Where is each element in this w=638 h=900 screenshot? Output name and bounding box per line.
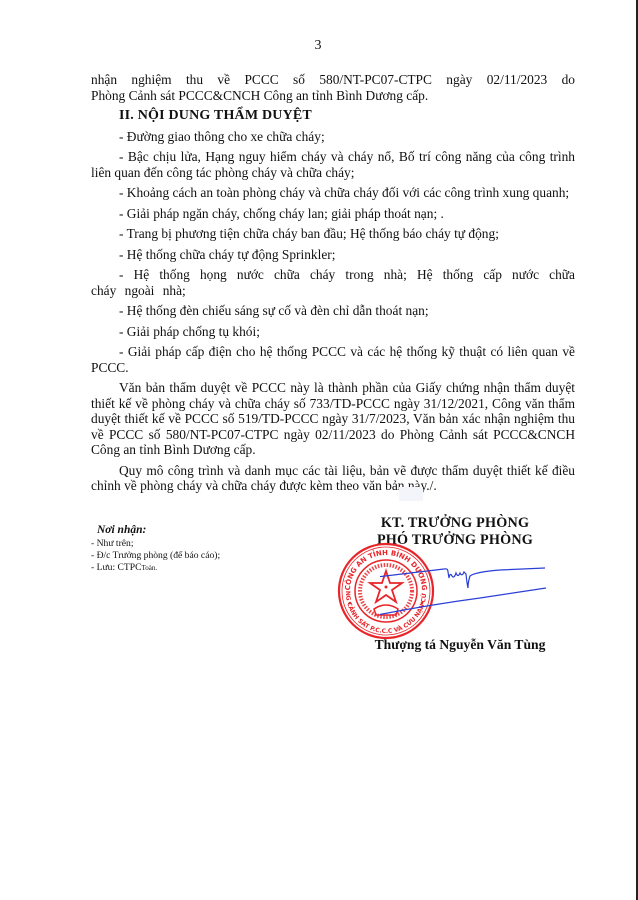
handwritten-signature-icon	[380, 556, 580, 626]
page-number: 3	[0, 38, 636, 54]
content-item: - Bậc chịu lửa, Hạng nguy hiểm cháy và c…	[91, 149, 575, 180]
recipients-title: Nơi nhận:	[97, 524, 220, 536]
recipient-item: - Lưu: CTPCToàn.	[91, 562, 220, 574]
recipient-item: - Đ/c Trưởng phòng (để báo cáo);	[91, 550, 220, 562]
approval-paragraph: Văn bản thẩm duyệt về PCCC này là thành …	[91, 380, 575, 458]
scope-paragraph: Quy mô công trình và danh mục các tài li…	[91, 463, 575, 494]
content-item: - Giải pháp chống tụ khói;	[91, 324, 575, 340]
intro-line-2: Phòng Cảnh sát PCCC&CNCH Công an tỉnh Bì…	[91, 88, 575, 104]
content-item: - Hệ thống chữa cháy tự động Sprinkler;	[91, 247, 575, 263]
recipient-subscript: Toàn.	[142, 564, 158, 572]
document-body: nhận nghiệm thu về PCCC số 580/NT-PC07-C…	[91, 72, 575, 494]
recipients-block: Nơi nhận: - Như trên; - Đ/c Trưởng phòng…	[91, 524, 220, 574]
recipient-item-text: - Lưu: CTPC	[91, 562, 142, 573]
content-item: - Khoảng cách an toàn phòng cháy và chữa…	[91, 185, 575, 201]
content-item: - Giải pháp cấp điện cho hệ thống PCCC v…	[91, 344, 575, 375]
content-item: - Đường giao thông cho xe chữa cháy;	[91, 129, 575, 145]
signer-name: Thượng tá Nguyễn Văn Tùng	[360, 637, 560, 653]
intro-line-1: nhận nghiệm thu về PCCC số 580/NT-PC07-C…	[91, 72, 575, 88]
recipient-item: - Như trên;	[91, 538, 220, 550]
document-page: 3 nhận nghiệm thu về PCCC số 580/NT-PC07…	[0, 0, 638, 900]
content-item: - Trang bị phương tiện chữa cháy ban đầu…	[91, 226, 575, 242]
content-item: - Hệ thống họng nước chữa cháy trong nhà…	[91, 267, 575, 298]
signature-title-line-1: KT. TRƯỞNG PHÒNG	[340, 515, 570, 532]
content-item: - Hệ thống đèn chiếu sáng sự cố và đèn c…	[91, 303, 575, 319]
content-item: - Giải pháp ngăn cháy, chống cháy lan; g…	[91, 206, 575, 222]
section-heading: II. NỘI DUNG THẨM DUYỆT	[91, 108, 575, 124]
scan-artifact	[399, 487, 423, 501]
